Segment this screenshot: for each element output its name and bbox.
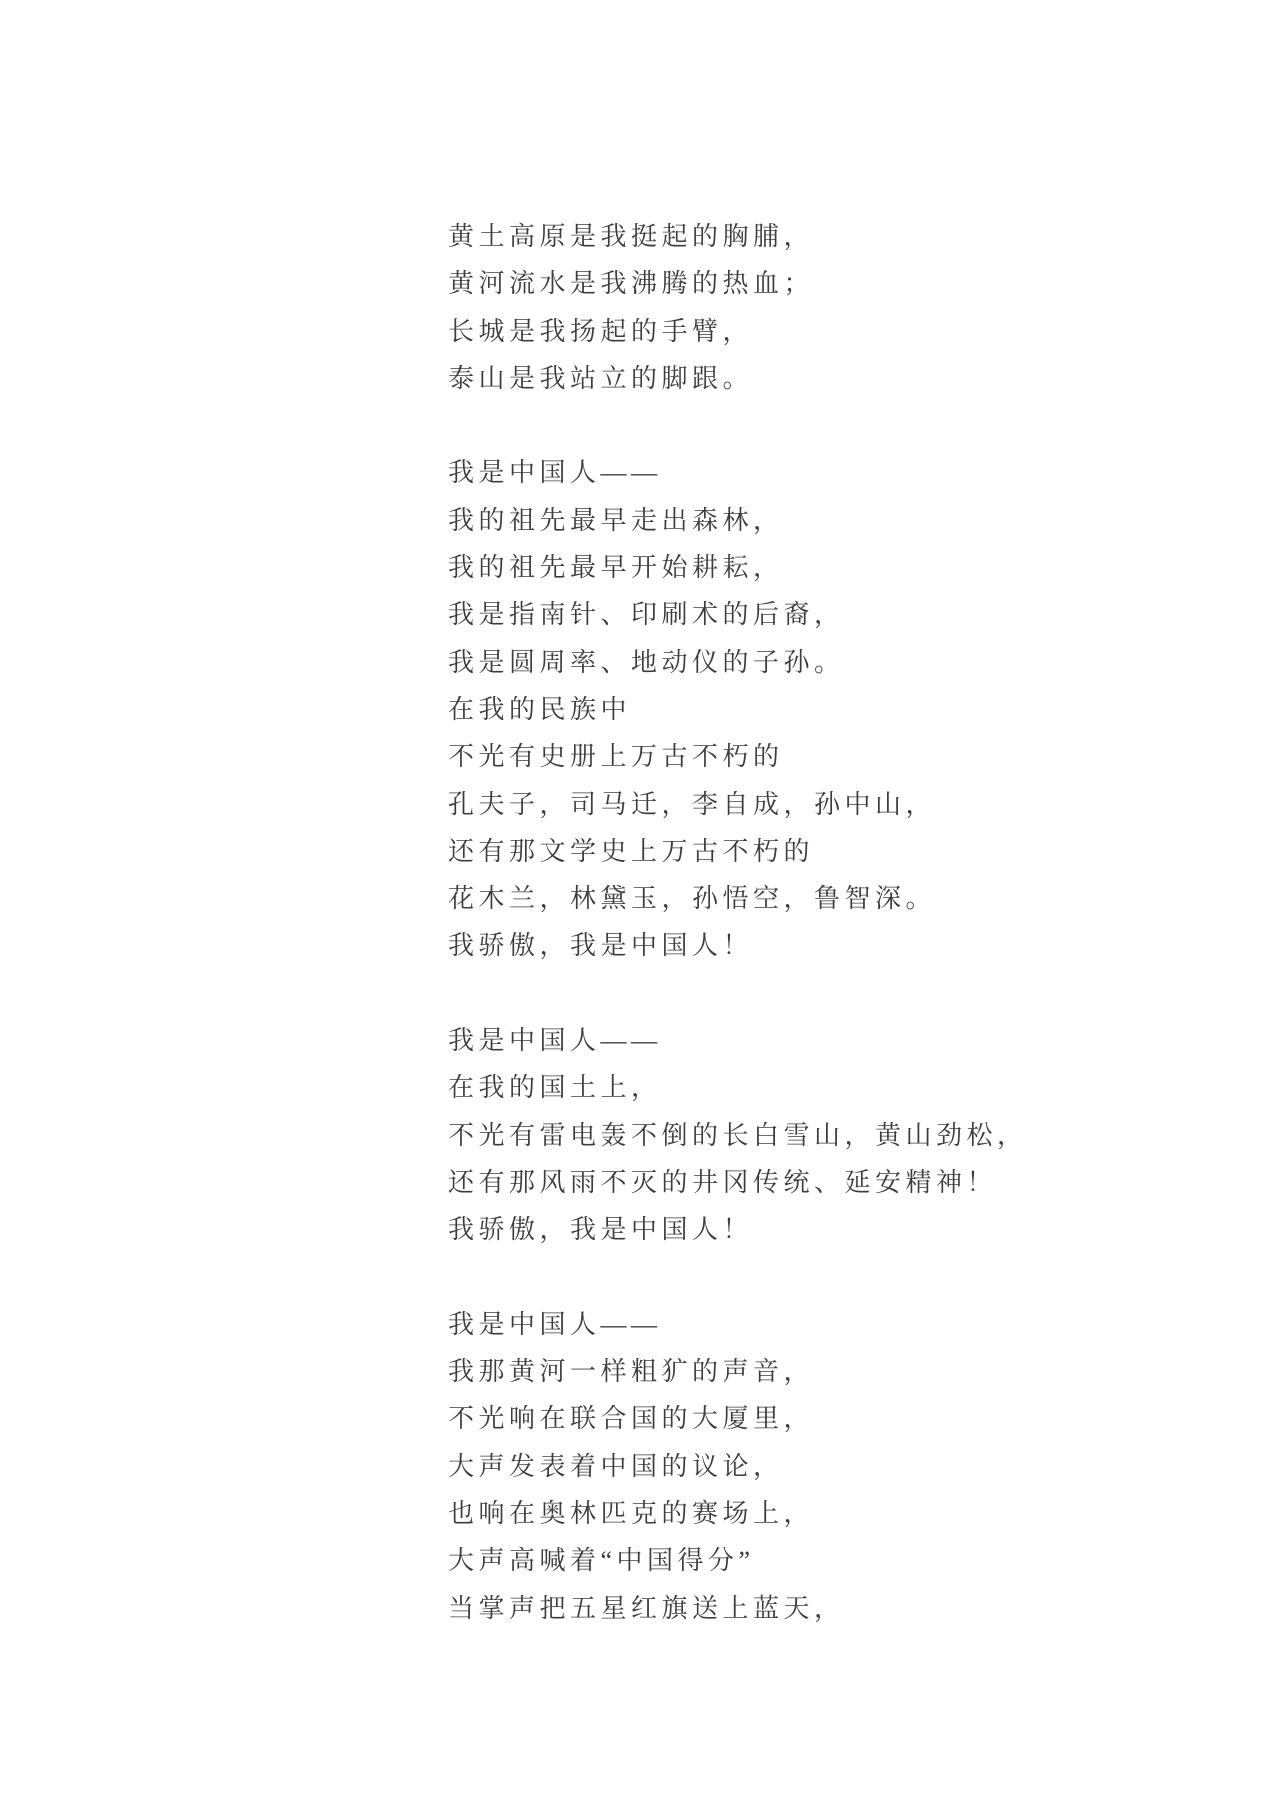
poem-line: 我是圆周率、地动仪的子孙。 bbox=[448, 639, 1028, 686]
poem-line: 黄河流水是我沸腾的热血； bbox=[448, 260, 1028, 307]
poem-line: 大声高喊着“中国得分” bbox=[448, 1537, 1028, 1584]
poem-line: 我骄傲，我是中国人！ bbox=[448, 1206, 1028, 1253]
poem-line: 在我的民族中 bbox=[448, 686, 1028, 733]
poem-line: 孔夫子，司马迁，李自成，孙中山， bbox=[448, 781, 1028, 828]
poem-line: 大声发表着中国的议论， bbox=[448, 1443, 1028, 1490]
document-page: 黄土高原是我挺起的胸脯，黄河流水是我沸腾的热血；长城是我扬起的手臂，泰山是我站立… bbox=[0, 0, 1280, 1810]
poem-line: 不光有雷电轰不倒的长白雪山，黄山劲松， bbox=[448, 1112, 1028, 1159]
poem-line: 我骄傲，我是中国人！ bbox=[448, 922, 1028, 969]
poem-stanza: 我是中国人——在我的国土上，不光有雷电轰不倒的长白雪山，黄山劲松，还有那风雨不灭… bbox=[448, 1017, 1028, 1253]
poem-stanza: 我是中国人——我的祖先最早走出森林，我的祖先最早开始耕耘，我是指南针、印刷术的后… bbox=[448, 449, 1028, 969]
poem-line: 我是指南针、印刷术的后裔， bbox=[448, 591, 1028, 638]
poem-line: 泰山是我站立的脚跟。 bbox=[448, 355, 1028, 402]
poem-line: 不光响在联合国的大厦里， bbox=[448, 1395, 1028, 1442]
poem-line: 我那黄河一样粗犷的声音， bbox=[448, 1348, 1028, 1395]
poem-line: 还有那风雨不灭的井冈传统、延安精神！ bbox=[448, 1159, 1028, 1206]
poem-stanza: 我是中国人——我那黄河一样粗犷的声音，不光响在联合国的大厦里，大声发表着中国的议… bbox=[448, 1301, 1028, 1632]
poem-stanza: 黄土高原是我挺起的胸脯，黄河流水是我沸腾的热血；长城是我扬起的手臂，泰山是我站立… bbox=[448, 213, 1028, 402]
poem-line: 还有那文学史上万古不朽的 bbox=[448, 828, 1028, 875]
poem-line: 黄土高原是我挺起的胸脯， bbox=[448, 213, 1028, 260]
poem-line: 也响在奥林匹克的赛场上， bbox=[448, 1490, 1028, 1537]
poem-line: 我是中国人—— bbox=[448, 1017, 1028, 1064]
poem-line: 当掌声把五星红旗送上蓝天， bbox=[448, 1585, 1028, 1632]
poem-line: 在我的国土上， bbox=[448, 1064, 1028, 1111]
poem-line: 我是中国人—— bbox=[448, 449, 1028, 496]
poem-line: 不光有史册上万古不朽的 bbox=[448, 733, 1028, 780]
poem-line: 花木兰，林黛玉，孙悟空，鲁智深。 bbox=[448, 875, 1028, 922]
poem-line: 我的祖先最早走出森林， bbox=[448, 497, 1028, 544]
poem-line: 我是中国人—— bbox=[448, 1301, 1028, 1348]
poem-text-block: 黄土高原是我挺起的胸脯，黄河流水是我沸腾的热血；长城是我扬起的手臂，泰山是我站立… bbox=[448, 213, 1028, 1632]
poem-line: 长城是我扬起的手臂， bbox=[448, 308, 1028, 355]
poem-line: 我的祖先最早开始耕耘， bbox=[448, 544, 1028, 591]
